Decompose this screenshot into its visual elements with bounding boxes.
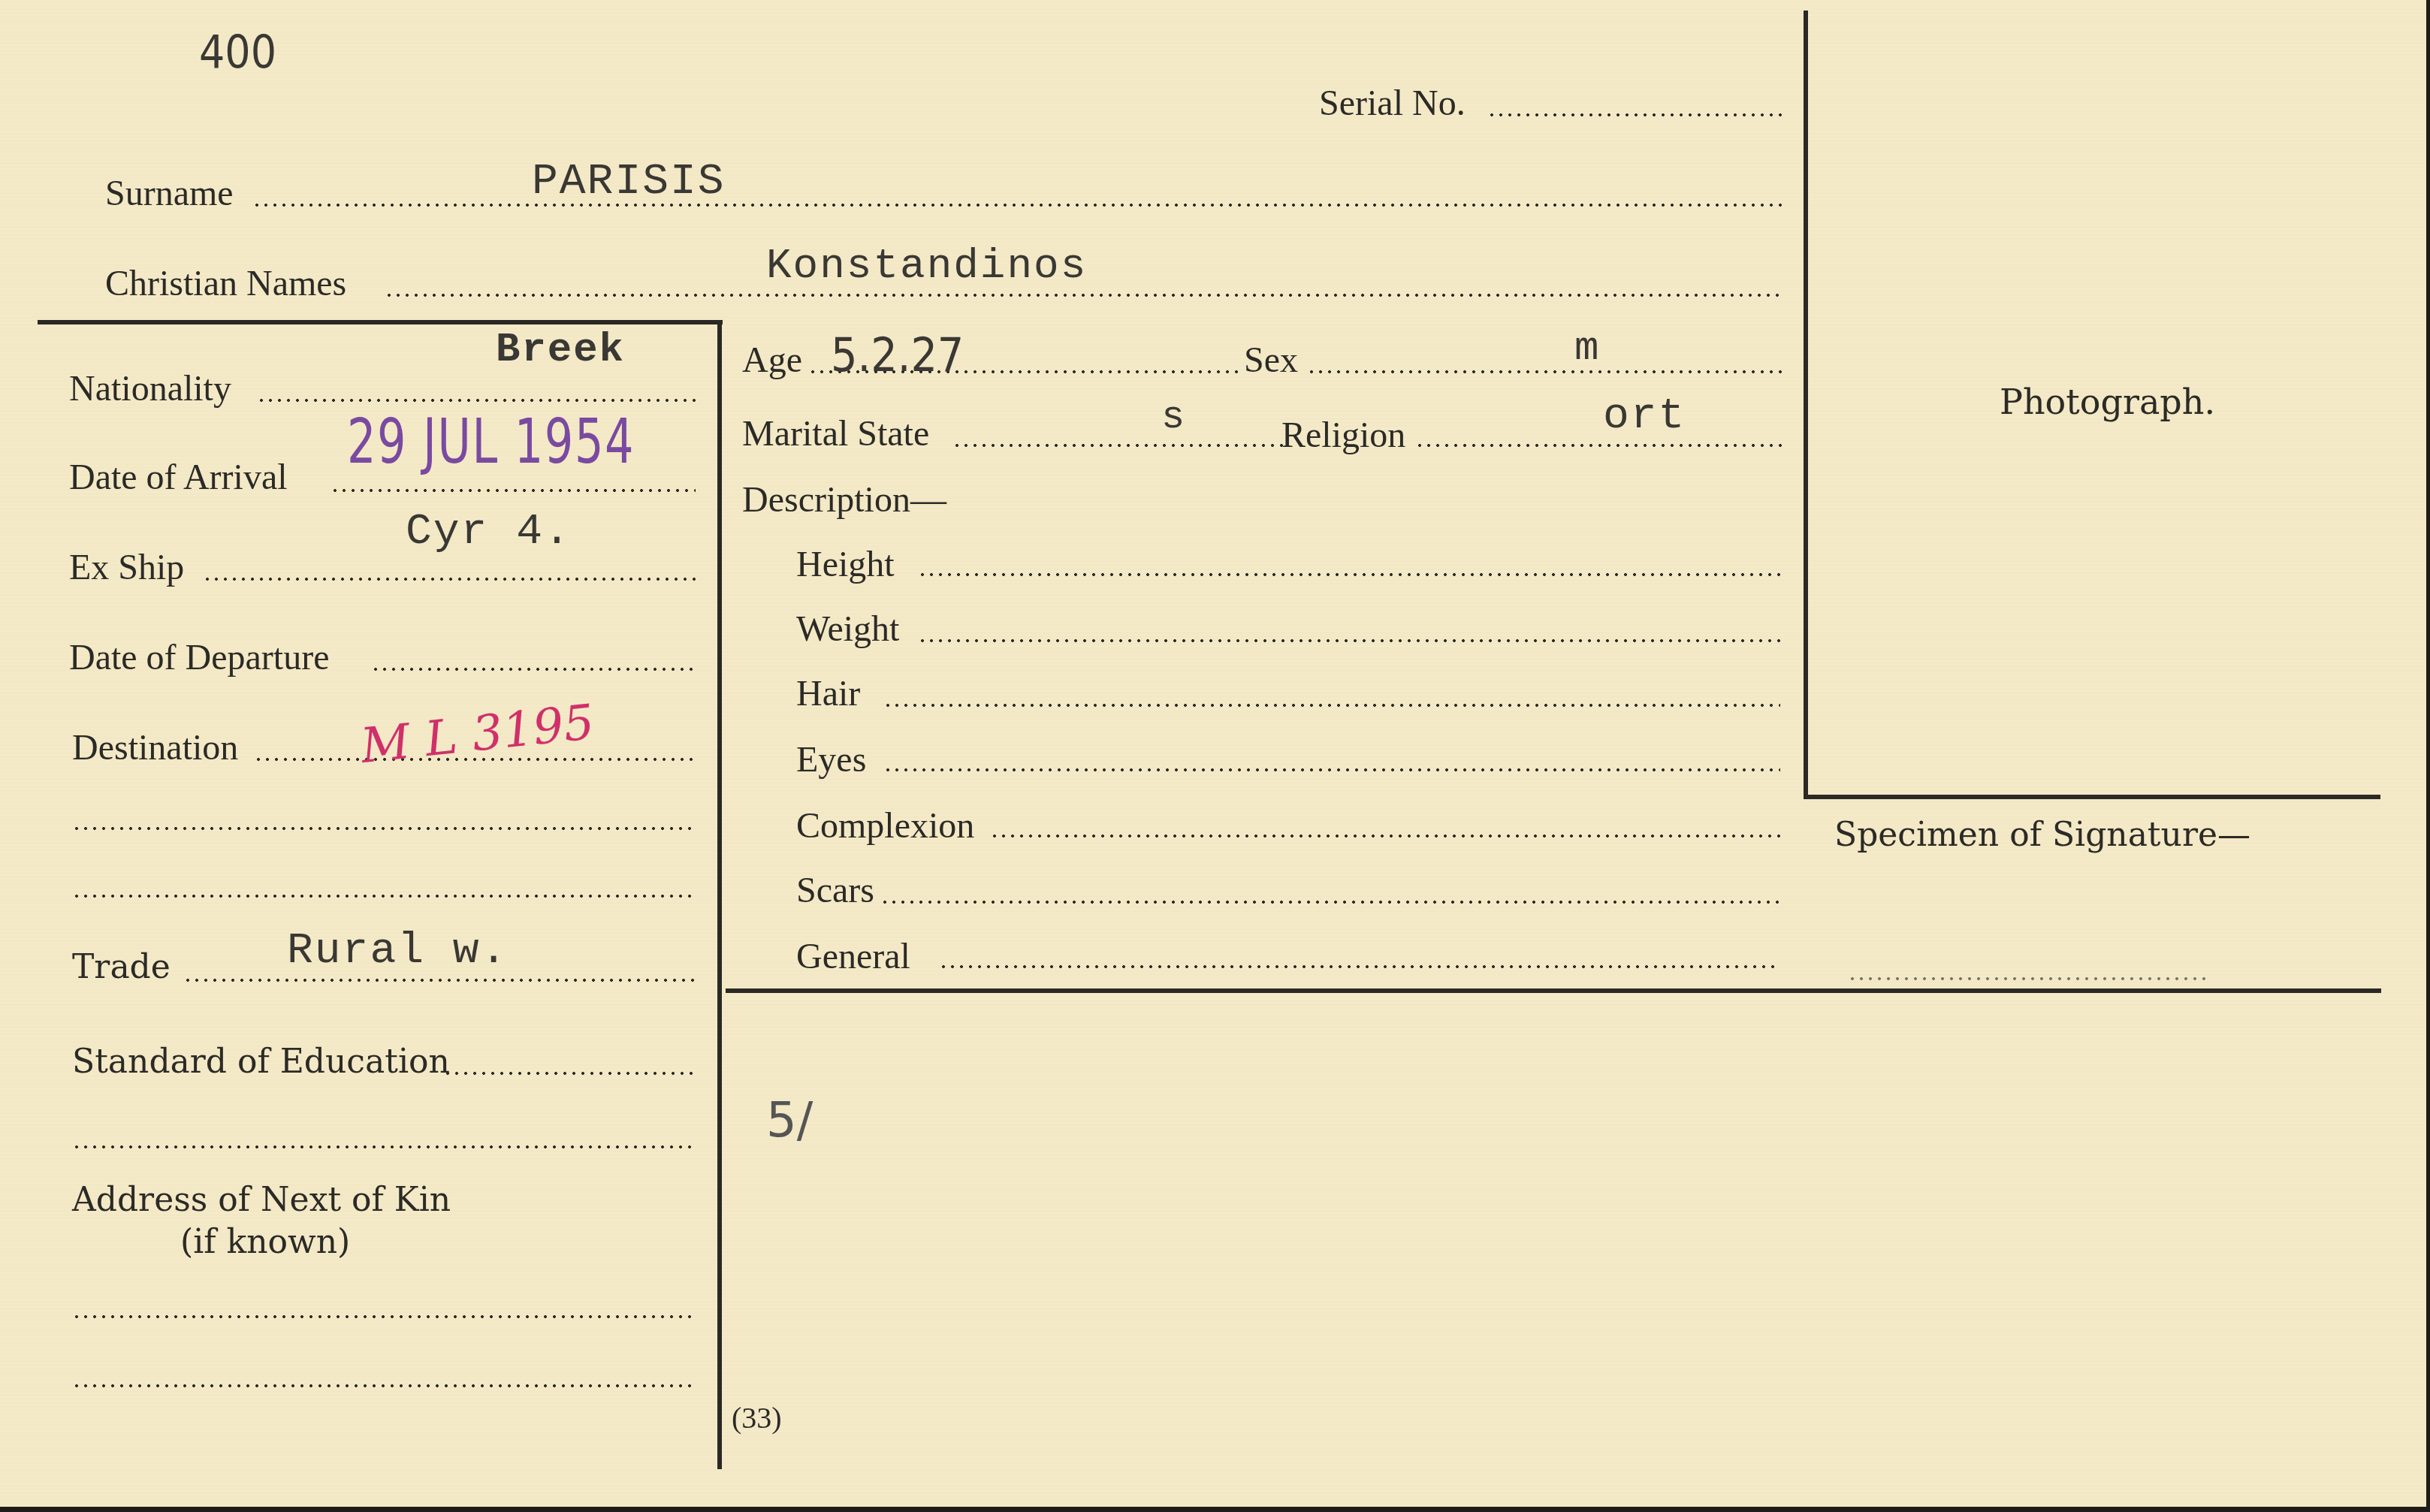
nationality-label: Nationality: [69, 371, 231, 407]
marital-state-label: Marital State: [742, 416, 929, 452]
serial-no-label: Serial No.: [1319, 86, 1466, 122]
date-of-departure-field[interactable]: [371, 667, 696, 671]
education-label: Standard of Education: [72, 1046, 450, 1079]
nationality-value: Breek: [496, 330, 625, 371]
photograph-placeholder-label: Photograph.: [2000, 382, 2215, 422]
weight-label: Weight: [796, 611, 899, 647]
serial-no-field[interactable]: [1487, 113, 1782, 117]
age-label: Age: [742, 343, 802, 379]
section-divider-top: [38, 320, 723, 324]
sex-label: Sex: [1244, 343, 1298, 379]
ex-ship-value: Cyr 4.: [406, 511, 572, 554]
scars-label: Scars: [796, 873, 874, 909]
card-number: 400: [199, 30, 276, 75]
trade-field[interactable]: [183, 978, 696, 982]
next-of-kin-line-1[interactable]: [72, 1314, 696, 1319]
religion-field[interactable]: [1415, 443, 1782, 448]
education-field[interactable]: [443, 1071, 696, 1076]
weight-field[interactable]: [918, 638, 1780, 643]
surname-field[interactable]: [252, 203, 1782, 207]
education-extra-line[interactable]: [72, 1145, 696, 1149]
complexion-label: Complexion: [796, 808, 974, 844]
signature-label: Specimen of Signature—: [1834, 816, 2250, 854]
hair-field[interactable]: [883, 703, 1780, 708]
trade-value: Rural w.: [287, 930, 508, 973]
religion-value: ort: [1603, 395, 1686, 439]
christian-names-value: Konstandinos: [766, 245, 1087, 287]
ex-ship-label: Ex Ship: [69, 550, 184, 586]
arrival-date-stamp: 29 JUL 1954: [347, 412, 635, 473]
sex-field[interactable]: [1307, 370, 1782, 374]
destination-label: Destination: [72, 730, 238, 766]
destination-extra-line-2[interactable]: [72, 894, 696, 898]
description-label: Description—: [742, 482, 946, 518]
hair-label: Hair: [796, 676, 860, 712]
column-divider-left: [717, 320, 722, 1469]
christian-names-label: Christian Names: [105, 266, 346, 302]
date-of-arrival-field[interactable]: [331, 488, 696, 493]
general-label: General: [796, 939, 910, 975]
signature-field[interactable]: [1848, 976, 2208, 981]
destination-extra-line-1[interactable]: [72, 826, 696, 831]
next-of-kin-line-2[interactable]: [72, 1384, 696, 1388]
next-of-kin-sublabel: (if known): [180, 1226, 350, 1259]
scars-field[interactable]: [880, 900, 1780, 904]
next-of-kin-label: Address of Next of Kin: [72, 1184, 451, 1217]
surname-value: PARISIS: [532, 161, 726, 204]
registration-card: 400 Serial No. Surname PARISIS Christian…: [0, 0, 2426, 1507]
date-of-departure-label: Date of Departure: [69, 640, 329, 676]
surname-label: Surname: [105, 176, 234, 212]
marital-state-field[interactable]: [952, 443, 1283, 448]
religion-label: Religion: [1281, 418, 1405, 454]
eyes-field[interactable]: [883, 768, 1780, 772]
date-of-arrival-label: Date of Arrival: [69, 460, 288, 496]
height-field[interactable]: [918, 572, 1780, 577]
christian-names-field[interactable]: [385, 293, 1782, 297]
ex-ship-field[interactable]: [203, 577, 696, 581]
pencil-note: 5/: [766, 1097, 813, 1145]
form-number: (33): [732, 1400, 782, 1435]
height-label: Height: [796, 547, 895, 583]
complexion-field[interactable]: [990, 834, 1780, 838]
age-value: 5.2.27: [831, 327, 964, 382]
photo-box-bottom-border: [1804, 795, 2380, 799]
nationality-field[interactable]: [257, 398, 696, 403]
eyes-label: Eyes: [796, 742, 866, 778]
marital-state-value: s: [1161, 398, 1186, 437]
trade-label: Trade: [72, 951, 171, 984]
description-bottom-rule: [726, 988, 2381, 993]
sex-value: m: [1574, 329, 1600, 370]
general-field[interactable]: [939, 964, 1780, 969]
photo-box-left-border: [1804, 11, 1808, 798]
